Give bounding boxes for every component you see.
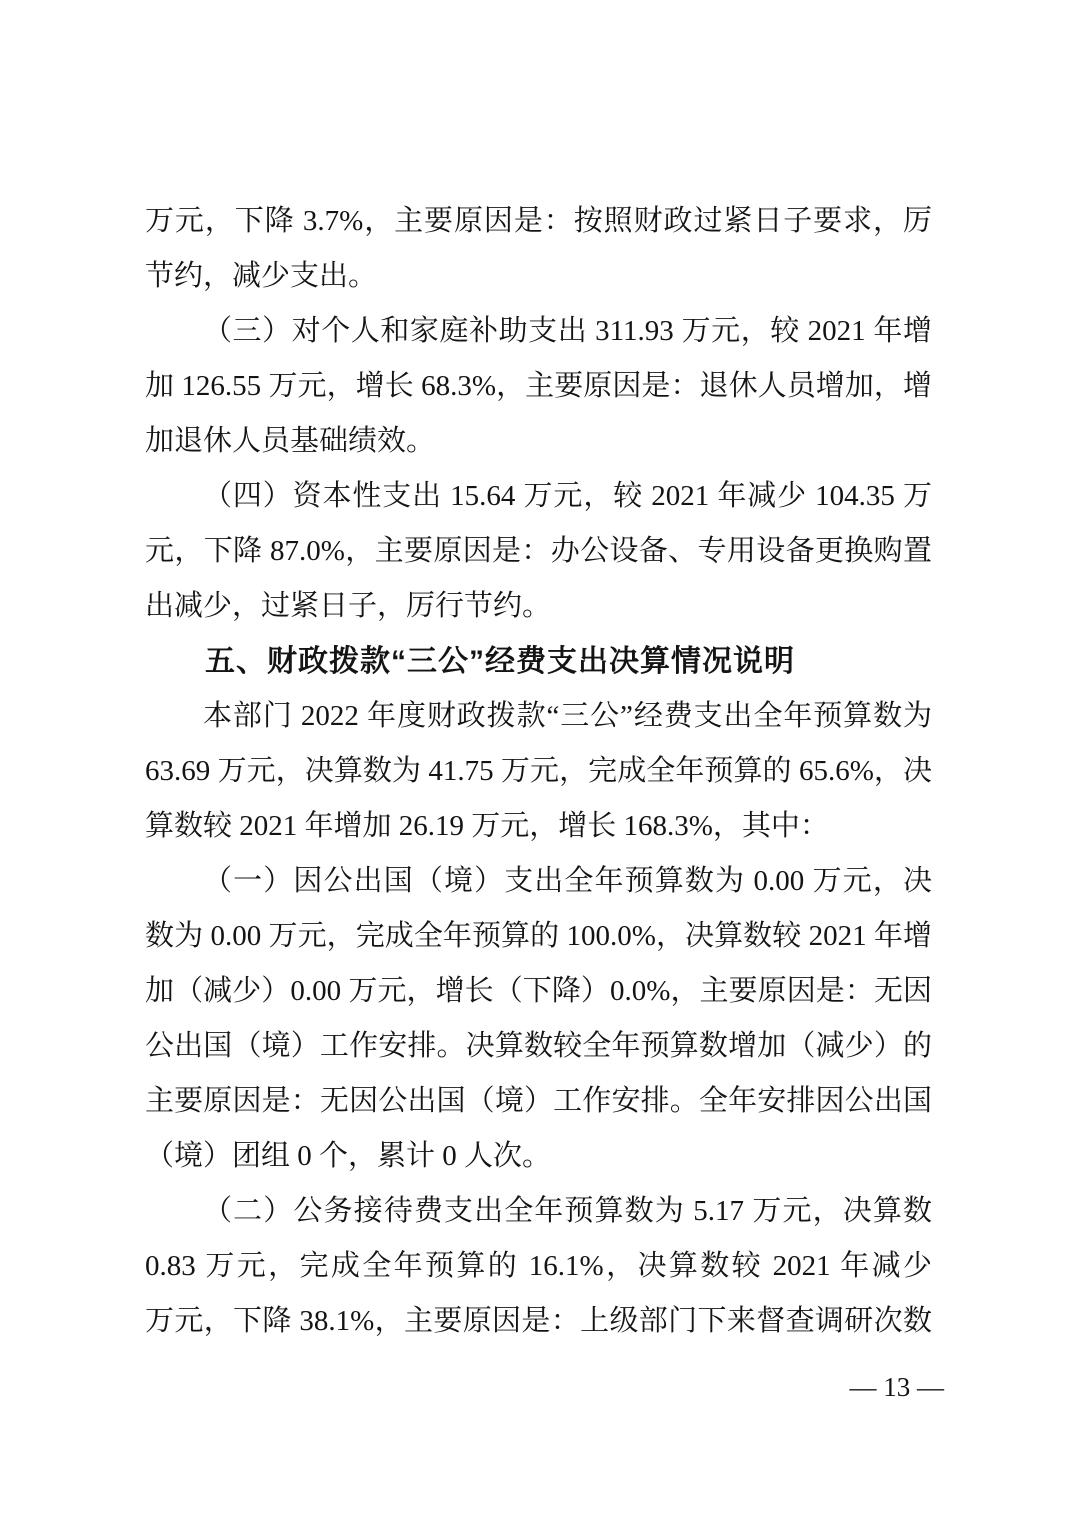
text-line: 加（减少）0.00 万元，增长（下降）0.0%，主要原因是：无因: [145, 964, 932, 1019]
text-line: 数为 0.00 万元，完成全年预算的 100.0%，决算数较 2021 年增: [145, 909, 932, 964]
text-line: 出减少，过紧日子，厉行节约。: [145, 579, 932, 634]
text-line: 加 126.55 万元，增长 68.3%，主要原因是：退休人员增加，增: [145, 359, 932, 414]
paragraph: （二）公务接待费支出全年预算数为 5.17 万元，决算数为0.83 万元，完成全…: [145, 1184, 932, 1349]
text-line: 节约，减少支出。: [145, 249, 932, 304]
text-line: 本部门 2022 年度财政拨款“三公”经费支出全年预算数为: [145, 689, 932, 744]
text-line: 万元，下降 3.7%，主要原因是：按照财政过紧日子要求，厉行: [145, 194, 932, 249]
text-line: 加退休人员基础绩效。: [145, 414, 932, 469]
text-line: （一）因公出国（境）支出全年预算数为 0.00 万元，决算: [145, 854, 932, 909]
section-heading: 五、财政拨款“三公”经费支出决算情况说明: [145, 634, 932, 689]
page-number: — 13 —: [850, 1372, 945, 1402]
text-line: 算数较 2021 年增加 26.19 万元，增长 168.3%，其中：: [145, 799, 932, 854]
text-line: 0.83 万元，完成全年预算的 16.1%，决算数较 2021 年减少 0.51: [145, 1239, 932, 1294]
document-content: 万元，下降 3.7%，主要原因是：按照财政过紧日子要求，厉行节约，减少支出。（三…: [145, 194, 932, 1349]
text-line: 63.69 万元，决算数为 41.75 万元，完成全年预算的 65.6%，决: [145, 744, 932, 799]
text-line: （三）对个人和家庭补助支出 311.93 万元，较 2021 年增: [145, 304, 932, 359]
paragraph: （三）对个人和家庭补助支出 311.93 万元，较 2021 年增加 126.5…: [145, 304, 932, 469]
text-line: 万元，下降 38.1%，主要原因是：上级部门下来督查调研次数较: [145, 1294, 932, 1349]
paragraph: 万元，下降 3.7%，主要原因是：按照财政过紧日子要求，厉行节约，减少支出。: [145, 194, 932, 304]
text-line: （二）公务接待费支出全年预算数为 5.17 万元，决算数为: [145, 1184, 932, 1239]
text-line: （境）团组 0 个，累计 0 人次。: [145, 1129, 932, 1184]
paragraph: 本部门 2022 年度财政拨款“三公”经费支出全年预算数为63.69 万元，决算…: [145, 689, 932, 854]
text-line: 主要原因是：无因公出国（境）工作安排。全年安排因公出国: [145, 1074, 932, 1129]
text-line: （四）资本性支出 15.64 万元，较 2021 年减少 104.35 万: [145, 469, 932, 524]
text-line: 五、财政拨款“三公”经费支出决算情况说明: [145, 634, 932, 689]
document-page: 万元，下降 3.7%，主要原因是：按照财政过紧日子要求，厉行节约，减少支出。（三…: [0, 0, 1074, 1520]
page-footer: — 13 —: [850, 1372, 945, 1402]
paragraph: （一）因公出国（境）支出全年预算数为 0.00 万元，决算数为 0.00 万元，…: [145, 854, 932, 1184]
text-line: 公出国（境）工作安排。决算数较全年预算数增加（减少）的: [145, 1019, 932, 1074]
text-line: 元，下降 87.0%，主要原因是：办公设备、专用设备更换购置支: [145, 524, 932, 579]
paragraph: （四）资本性支出 15.64 万元，较 2021 年减少 104.35 万元，下…: [145, 469, 932, 634]
